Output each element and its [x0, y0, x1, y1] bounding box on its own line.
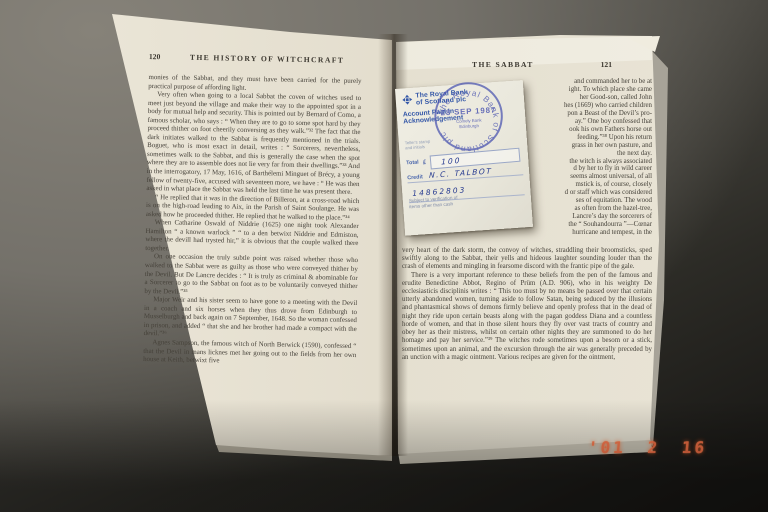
left-page-number: 120 [149, 52, 161, 61]
left-page-text-column: 120 THE HISTORY OF WITCHCRAFT monies of … [143, 52, 362, 369]
bank-date-stamp: The Royal Bank of Scotland plc 28 SEP 19… [424, 71, 514, 161]
left-page-body: monies of the Sabbat, and they must have… [143, 74, 362, 369]
stamp-branch-line2: Edinburgh [459, 123, 479, 129]
book-paragraph: When Catharine Oswald of Niddrie (1625) … [145, 219, 359, 257]
book-paragraph: Agnes Sampson, the famous witch of North… [143, 339, 356, 369]
stamp-date: 28 SEP 1987 [440, 106, 496, 118]
right-header-title: THE SABBAT [472, 60, 534, 69]
right-page-body: very heart of the dark storm, the convoy… [402, 247, 652, 362]
rbs-logo-icon [401, 94, 413, 106]
photo-of-open-book: 120 THE HISTORY OF WITCHCRAFT monies of … [0, 0, 768, 512]
total-label: Total [406, 160, 419, 167]
camera-timestamp: '01 2 16 [587, 438, 708, 457]
currency-symbol: £ [422, 158, 426, 165]
book-paragraph: On one occasion the truly subtle point w… [144, 253, 358, 300]
left-header-title: THE HISTORY OF WITCHCRAFT [182, 53, 352, 65]
book-paragraph: There is a very important reference to t… [402, 272, 652, 362]
book-paragraph: very heart of the dark storm, the convoy… [402, 247, 652, 272]
book-paragraph: Major Weir and his sister seem to have g… [143, 296, 357, 343]
bank-paying-in-slip: The Royal Bank of Scotland plc Account P… [395, 80, 533, 236]
credit-label: Credit [407, 174, 423, 181]
book-paragraph: Very often when going to a local Sabbat … [146, 91, 361, 198]
right-page-number: 121 [601, 60, 612, 69]
